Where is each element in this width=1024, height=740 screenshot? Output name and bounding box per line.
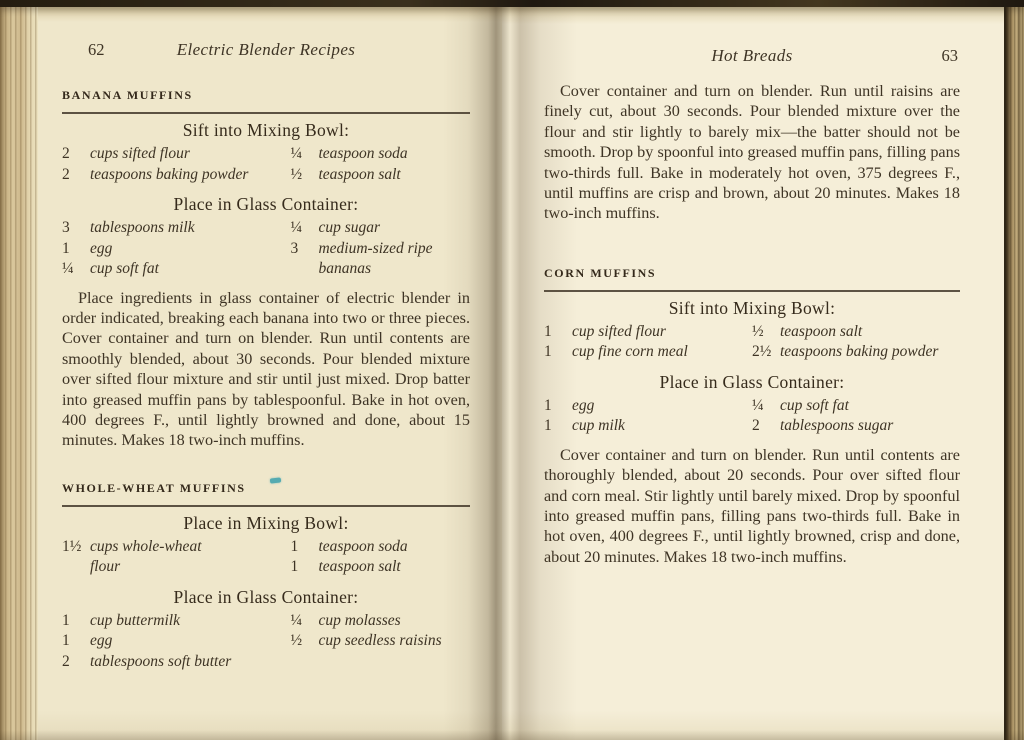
ingredient: 1teaspoon salt: [290, 557, 470, 578]
ingredient-column: 1teaspoon soda 1teaspoon salt: [290, 537, 470, 578]
recipe-instructions: Place ingredients in glass container of …: [62, 288, 470, 451]
recipe-title: WHOLE-WHEAT MUFFINS: [62, 481, 470, 496]
ingredient: ¼cup soft fat: [62, 259, 282, 280]
ingredient: 2tablespoons sugar: [752, 416, 960, 437]
page-number: 63: [942, 46, 959, 66]
ingredient-qty: ¼: [290, 218, 318, 239]
ingredient: 1cup milk: [544, 416, 744, 437]
ingredient-qty: 2: [62, 652, 90, 673]
ingredient: 3medium-sized ripe bananas: [290, 239, 470, 280]
ingredient-qty: 3: [290, 239, 318, 260]
section-heading: Sift into Mixing Bowl:: [544, 297, 960, 319]
running-header: Hot Breads: [544, 46, 960, 66]
ingredient-column: ¼cup soft fat 2tablespoons sugar: [752, 396, 960, 437]
ingredient: ½teaspoon salt: [752, 322, 960, 343]
ingredient-name: cup molasses: [318, 612, 400, 629]
ingredient-column: 3tablespoons milk 1egg ¼cup soft fat: [62, 218, 282, 280]
ingredient-qty: 1: [544, 416, 572, 437]
recipe-instructions: Cover container and turn on blender. Run…: [544, 445, 960, 567]
section-heading: Place in Glass Container:: [62, 193, 470, 215]
recipe-whole-wheat-muffins: WHOLE-WHEAT MUFFINS Place in Mixing Bowl…: [62, 481, 470, 673]
ingredient-qty: ¼: [62, 259, 90, 280]
ingredient: ¼cup sugar: [290, 218, 470, 239]
ingredient-column: ½teaspoon salt 2½teaspoons baking powder: [752, 322, 960, 363]
section-heading: Place in Glass Container:: [62, 586, 470, 608]
ingredient-column: ¼cup sugar 3medium-sized ripe bananas: [290, 218, 470, 280]
ingredient-name: cup sugar: [318, 219, 380, 236]
title-rule: [62, 505, 470, 507]
ingredient-name: cup seedless raisins: [318, 632, 441, 649]
ingredient-column: 1cup buttermilk 1egg 2tablespoons soft b…: [62, 611, 282, 673]
recipe-title: BANANA MUFFINS: [62, 88, 470, 103]
ingredient-name: teaspoon salt: [318, 166, 400, 183]
title-rule: [62, 112, 470, 114]
book-top-edge: [0, 0, 1024, 7]
ingredient: ½cup seedless raisins: [290, 631, 470, 652]
page-header-right: Hot Breads 63: [544, 46, 960, 68]
ingredient-grid: 1cup buttermilk 1egg 2tablespoons soft b…: [62, 611, 470, 673]
ingredient-name: teaspoon salt: [318, 558, 400, 575]
ingredient-qty: 1: [62, 611, 90, 632]
ingredient: 2tablespoons soft butter: [62, 652, 282, 673]
ingredient: 1egg: [62, 239, 282, 260]
ingredient: 3tablespoons milk: [62, 218, 282, 239]
ingredient-name: tablespoons milk: [90, 219, 195, 236]
ingredient: 1teaspoon soda: [290, 537, 470, 558]
continued-instructions: Cover container and turn on blender. Run…: [544, 81, 960, 224]
section-heading: Sift into Mixing Bowl:: [62, 119, 470, 141]
ingredient-qty: 1: [544, 322, 572, 343]
ingredient: 1cup buttermilk: [62, 611, 282, 632]
ingredient: 2cups sifted flour: [62, 144, 282, 165]
ingredient-qty: 1½: [62, 537, 90, 558]
running-header: Electric Blender Recipes: [62, 40, 470, 60]
ingredient-name: cup soft fat: [780, 397, 849, 414]
ingredient-name: cups whole-wheat flour: [90, 538, 202, 576]
ingredient-qty: 3: [62, 218, 90, 239]
ingredient-qty: 1: [290, 557, 318, 578]
section-heading: Place in Glass Container:: [544, 371, 960, 393]
ingredient-grid: 1½cups whole-wheat flour 1teaspoon soda …: [62, 537, 470, 578]
ingredient: 1egg: [544, 396, 744, 417]
ingredient-column: ¼teaspoon soda ½teaspoon salt: [290, 144, 470, 185]
ingredient-qty: 1: [62, 631, 90, 652]
ingredient-name: teaspoons baking powder: [90, 166, 248, 183]
ingredient-qty: 1: [290, 537, 318, 558]
page-right: Hot Breads 63 Cover container and turn o…: [502, 6, 1004, 740]
ingredient-grid: 1cup sifted flour 1cup fine corn meal ½t…: [544, 322, 960, 363]
ingredient-qty: ½: [752, 322, 780, 343]
ingredient: 1cup sifted flour: [544, 322, 744, 343]
ingredient-name: teaspoon soda: [318, 145, 407, 162]
ingredient-qty: 2: [752, 416, 780, 437]
ingredient-name: tablespoons soft butter: [90, 653, 231, 670]
ingredient-name: cup sifted flour: [572, 323, 666, 340]
ingredient-qty: ¼: [290, 611, 318, 632]
ingredient: 1cup fine corn meal: [544, 342, 744, 363]
ingredient-name: cup soft fat: [90, 260, 159, 277]
page-left: 62 Electric Blender Recipes BANANA MUFFI…: [38, 6, 502, 740]
ingredient-qty: 2½: [752, 342, 780, 363]
ingredient-qty: 2: [62, 165, 90, 186]
ingredient: ½teaspoon salt: [290, 165, 470, 186]
ingredient-column: ¼cup molasses ½cup seedless raisins: [290, 611, 470, 673]
ingredient-name: cup fine corn meal: [572, 343, 688, 360]
ingredient: ¼cup soft fat: [752, 396, 960, 417]
ingredient-column: 2cups sifted flour 2teaspoons baking pow…: [62, 144, 282, 185]
recipe-corn-muffins: CORN MUFFINS Sift into Mixing Bowl: 1cup…: [544, 266, 960, 567]
ingredient: 2½teaspoons baking powder: [752, 342, 960, 363]
ingredient-name: egg: [572, 397, 594, 414]
ingredient-grid: 3tablespoons milk 1egg ¼cup soft fat ¼cu…: [62, 218, 470, 280]
title-rule: [544, 290, 960, 292]
ingredient-qty: ½: [290, 165, 318, 186]
ingredient-qty: 2: [62, 144, 90, 165]
ingredient: 2teaspoons baking powder: [62, 165, 282, 186]
ingredient-qty: 1: [62, 239, 90, 260]
ingredient-name: tablespoons sugar: [780, 417, 893, 434]
ingredient-name: egg: [90, 632, 112, 649]
ingredient-name: teaspoon soda: [318, 538, 407, 555]
ingredient-qty: 1: [544, 396, 572, 417]
ingredient: ¼teaspoon soda: [290, 144, 470, 165]
book-spread: 62 Electric Blender Recipes BANANA MUFFI…: [0, 0, 1024, 740]
page-header-left: 62 Electric Blender Recipes: [62, 40, 470, 62]
ingredient-name: cups sifted flour: [90, 145, 190, 162]
recipe-banana-muffins: BANANA MUFFINS Sift into Mixing Bowl: 2c…: [62, 88, 470, 451]
ingredient-name: teaspoon salt: [780, 323, 862, 340]
ingredient-qty: ¼: [290, 144, 318, 165]
ingredient-name: medium-sized ripe bananas: [318, 240, 432, 278]
recipe-title: CORN MUFFINS: [544, 266, 960, 281]
ingredient-column: 1½cups whole-wheat flour: [62, 537, 230, 578]
ingredient-name: teaspoons baking powder: [780, 343, 938, 360]
page-edge-stack-right: [1002, 6, 1024, 740]
ingredient-column: 1cup sifted flour 1cup fine corn meal: [544, 322, 744, 363]
page-edge-stack-left: [0, 6, 38, 740]
ingredient: ¼cup molasses: [290, 611, 470, 632]
ingredient-qty: 1: [544, 342, 572, 363]
section-heading: Place in Mixing Bowl:: [62, 512, 470, 534]
ingredient: 1½cups whole-wheat flour: [62, 537, 230, 578]
ingredient-grid: 1egg 1cup milk ¼cup soft fat 2tablespoon…: [544, 396, 960, 437]
ingredient-name: cup buttermilk: [90, 612, 180, 629]
ingredient-column: 1egg 1cup milk: [544, 396, 744, 437]
ingredient-qty: ¼: [752, 396, 780, 417]
ingredient-name: cup milk: [572, 417, 625, 434]
ingredient-name: egg: [90, 240, 112, 257]
ingredient-grid: 2cups sifted flour 2teaspoons baking pow…: [62, 144, 470, 185]
ingredient: 1egg: [62, 631, 282, 652]
ingredient-qty: ½: [290, 631, 318, 652]
